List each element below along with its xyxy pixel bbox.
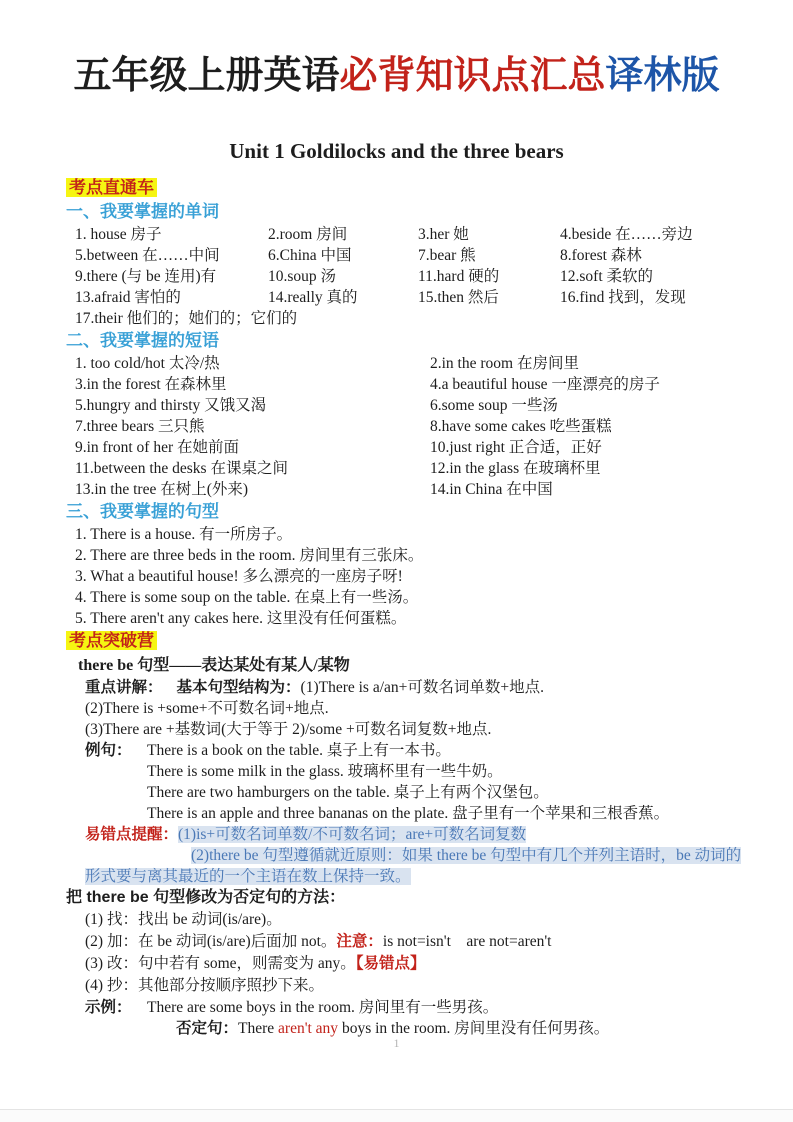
step-3-text: (3) 改：句中若有 some，则需变为 any。	[85, 955, 356, 972]
phrase-item: 14.in China 在中国	[430, 479, 753, 500]
word-item: 1. house 房子	[75, 224, 268, 245]
word-item: 16.find 找到，发现	[560, 287, 753, 308]
mistake-label: 易错点提醒：	[85, 826, 178, 843]
negative-step-3: (3) 改：句中若有 some，则需变为 any。【易错点】	[85, 953, 753, 975]
word-item: 17.their 他们的；她们的；它们的	[75, 308, 753, 329]
sentence-item: 4. There is some soup on the table. 在桌上有…	[75, 587, 753, 608]
example-label: 例句：	[85, 740, 147, 824]
word-item: 5.between 在……中间	[75, 245, 268, 266]
key-explain-line: 重点讲解：基本句型结构为：(1)There is a/an+可数名词单数+地点.	[85, 677, 753, 698]
sentence-item: 1. There is a house. 有一所房子。	[75, 524, 753, 545]
key-explain-sublabel: 基本句型结构为：	[177, 679, 301, 696]
structure-point-2: (2)There is +some+不可数名词+地点.	[85, 698, 753, 719]
phrase-item: 2.in the room 在房间里	[430, 353, 753, 374]
there-be-topic: there be 句型——表达某处有某人/某物	[78, 654, 753, 677]
negative-post: boys in the room. 房间里没有任何男孩。	[338, 1020, 609, 1037]
word-item: 10.soup 汤	[268, 266, 418, 287]
negative-label: 否定句：	[176, 1020, 238, 1037]
word-item: 14.really 真的	[268, 287, 418, 308]
phrase-item: 10.just right 正合适，正好	[430, 437, 753, 458]
doc-title-highlight: 必背知识点汇总	[339, 55, 605, 97]
word-item: 15.then 然后	[418, 287, 560, 308]
sentence-list: 1. There is a house. 有一所房子。 2. There are…	[66, 524, 753, 629]
example-block: 例句： There is a book on the table. 桌子上有一本…	[85, 740, 753, 824]
word-item: 6.China 中国	[268, 245, 418, 266]
example-sentence: There are two hamburgers on the table. 桌…	[147, 782, 669, 803]
word-item: 11.hard 硬的	[418, 266, 560, 287]
word-item: 9.there (与 be 连用)有	[75, 266, 268, 287]
word-item: 13.afraid 害怕的	[75, 287, 268, 308]
example-sentence: There is a book on the table. 桌子上有一本书。	[147, 740, 669, 761]
word-item: 7.bear 熊	[418, 245, 560, 266]
section-header-breakthrough: 考点突破营	[66, 629, 753, 653]
word-item: 12.soft 柔软的	[560, 266, 753, 287]
phrase-item: 5.hungry and thirsty 又饿又渴	[75, 395, 430, 416]
section-header-exam-express: 考点直通车	[66, 176, 753, 200]
page-bottom-edge	[0, 1109, 793, 1122]
mistake-point-2: (2)there be 句型遵循就近原则：如果 there be 句型中有几个并…	[85, 847, 741, 885]
negative-step-1: (1) 找：找出 be 动词(is/are)。	[85, 909, 753, 931]
phrase-list: 1. too cold/hot 太冷/热 2.in the room 在房间里 …	[66, 353, 753, 500]
negative-method-title: 把 there be 句型修改为否定句的方法：	[66, 887, 753, 909]
negative-step-4: (4) 抄：其他部分按顺序照抄下来。	[85, 975, 753, 997]
phrase-item: 7.three bears 三只熊	[75, 416, 430, 437]
sentence-item: 5. There aren't any cakes here. 这里没有任何蛋糕…	[75, 608, 753, 629]
negative-step-2: (2) 加：在 be 动词(is/are)后面加 not。注意：is not=i…	[85, 931, 753, 953]
word-item: 2.room 房间	[268, 224, 418, 245]
doc-title-grade: 五年级上册英语	[73, 55, 339, 97]
phrase-item: 12.in the glass 在玻璃杯里	[430, 458, 753, 479]
phrase-item: 6.some soup 一些汤	[430, 395, 753, 416]
sentence-item: 3. What a beautiful house! 多么漂亮的一座房子呀!	[75, 566, 753, 587]
phrase-item: 4.a beautiful house 一座漂亮的房子	[430, 374, 753, 395]
sample-block: 示例： There are some boys in the room. 房间里…	[85, 997, 753, 1018]
document-page: 五年级上册英语必背知识点汇总译林版 Unit 1 Goldilocks and …	[0, 0, 793, 1122]
sample-label: 示例：	[85, 997, 147, 1018]
example-sentence: There is an apple and three bananas on t…	[147, 803, 669, 824]
phrases-heading: 二、我要掌握的短语	[66, 329, 753, 353]
breakthrough-badge: 考点突破营	[66, 631, 157, 650]
phrase-item: 13.in the tree 在树上(外来)	[75, 479, 430, 500]
key-explain-label: 重点讲解：	[85, 679, 163, 696]
step-2-text: (2) 加：在 be 动词(is/are)后面加 not。	[85, 933, 336, 950]
phrase-item: 9.in front of her 在她前面	[75, 437, 430, 458]
step-2-note: is not=isn't are not=aren't	[383, 933, 552, 950]
word-item: 3.her 她	[418, 224, 560, 245]
exam-express-badge: 考点直通车	[66, 178, 157, 197]
unit-title: Unit 1 Goldilocks and the three bears	[0, 138, 793, 164]
negative-pre: There	[238, 1020, 278, 1037]
step-3-tag: 【易错点】	[356, 955, 426, 972]
sentences-heading: 三、我要掌握的句型	[66, 500, 753, 524]
negative-red-part: aren't any	[278, 1020, 338, 1037]
sentence-item: 2. There are three beds in the room. 房间里…	[75, 545, 753, 566]
word-item: 4.beside 在……旁边	[560, 224, 753, 245]
mistake-reminder: 易错点提醒：(1)is+可数名词单数/不可数名词；are+可数名词复数(2)th…	[85, 824, 753, 887]
example-lines: There is a book on the table. 桌子上有一本书。 T…	[147, 740, 669, 824]
word-list: 1. house 房子 2.room 房间 3.her 她 4.beside 在…	[66, 224, 753, 329]
page-number: 1	[0, 1036, 793, 1050]
mistake-point-1: (1)is+可数名词单数/不可数名词；are+可数名词复数	[178, 826, 526, 843]
document-content: 考点直通车 一、我要掌握的单词 1. house 房子 2.room 房间 3.…	[66, 176, 753, 1040]
step-2-note-label: 注意：	[336, 933, 383, 950]
structure-point-1: (1)There is a/an+可数名词单数+地点.	[301, 679, 544, 696]
sample-sentence: There are some boys in the room. 房间里有一些男…	[147, 997, 498, 1018]
words-heading: 一、我要掌握的单词	[66, 200, 753, 224]
phrase-item: 11.between the desks 在课桌之间	[75, 458, 430, 479]
structure-point-3: (3)There are +基数词(大于等于 2)/some +可数名词复数+地…	[85, 719, 753, 740]
phrase-item: 8.have some cakes 吃些蛋糕	[430, 416, 753, 437]
doc-title-edition: 译林版	[606, 55, 720, 97]
word-item: 8.forest 森林	[560, 245, 753, 266]
doc-title: 五年级上册英语必背知识点汇总译林版	[0, 54, 793, 98]
phrase-item: 3.in the forest 在森林里	[75, 374, 430, 395]
example-sentence: There is some milk in the glass. 玻璃杯里有一些…	[147, 761, 669, 782]
phrase-item: 1. too cold/hot 太冷/热	[75, 353, 430, 374]
